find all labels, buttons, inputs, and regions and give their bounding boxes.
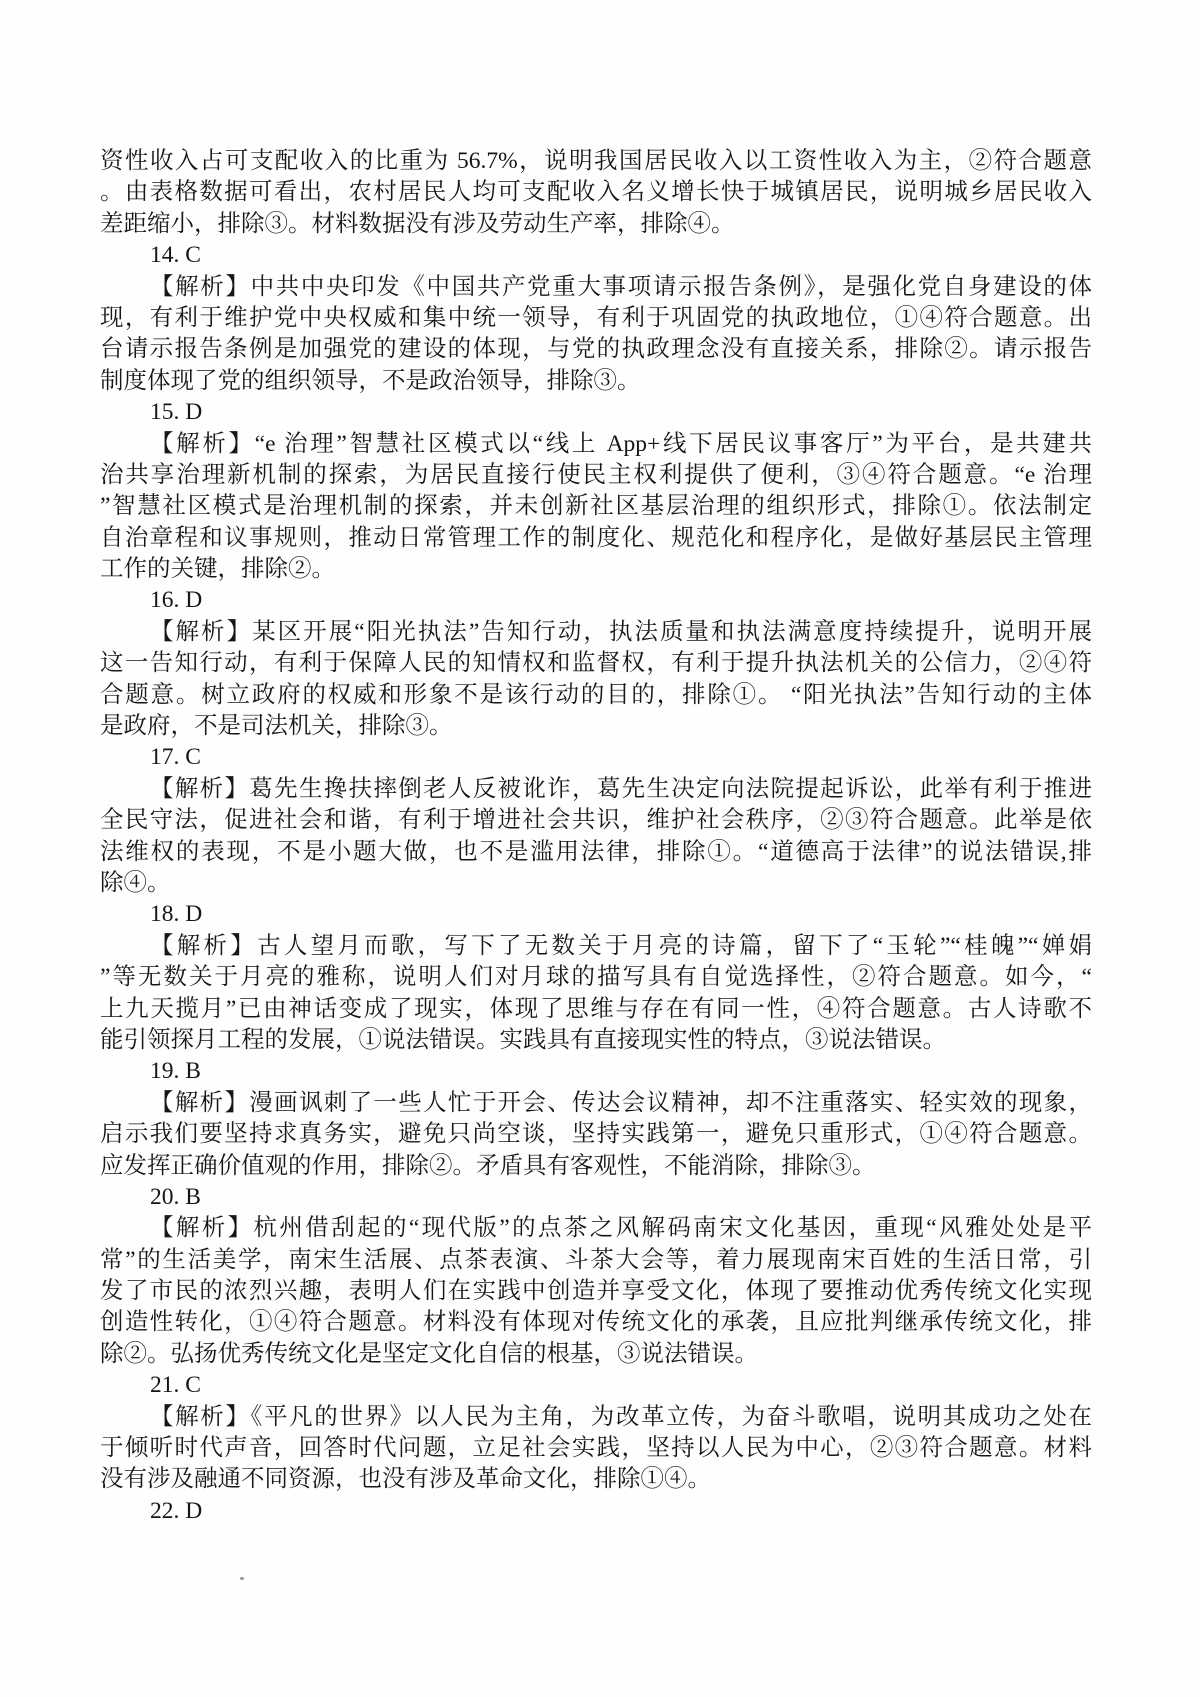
text-line: 15. D xyxy=(100,397,1092,428)
text-line: 除②。弘扬优秀传统文化是坚定文化自信的根基，③说法错误。 xyxy=(100,1339,1092,1370)
text-line: 19. B xyxy=(100,1056,1092,1087)
text-line: 【解析】古人望月而歌，写下了无数关于月亮的诗篇，留下了“玉轮”“桂魄”“婵娟 xyxy=(100,931,1092,962)
text-line: 应发挥正确价值观的作用，排除②。矛盾具有客观性，不能消除，排除③。 xyxy=(100,1151,1092,1182)
text-line: 20. B xyxy=(100,1182,1092,1213)
text-line: 于倾听时代声音，回答时代问题，立足社会实践，坚持以人民为中心，②③符合题意。材料 xyxy=(100,1433,1092,1464)
text-line: 治共享治理新机制的探索，为居民直接行使民主权利提供了便利，③④符合题意。“e 治… xyxy=(100,460,1092,491)
text-line: 22. D xyxy=(100,1496,1092,1527)
text-line: 除④。 xyxy=(100,868,1092,899)
text-line: 现，有利于维护党中央权威和集中统一领导，有利于巩固党的执政地位，①④符合题意。出 xyxy=(100,303,1092,334)
text-line: ”智慧社区模式是治理机制的探索，并未创新社区基层治理的组织形式，排除①。依法制定 xyxy=(100,491,1092,522)
text-line: 发了市民的浓烈兴趣，表明人们在实践中创造并享受文化，体现了要推动优秀传统文化实现 xyxy=(100,1276,1092,1307)
document-page: 资性收入占可支配收入的比重为 56.7%，说明我国居民收入以工资性收入为主，②符… xyxy=(0,0,1200,1697)
text-line: 【解析】杭州借刮起的“现代版”的点茶之风解码南宋文化基因，重现“风雅处处是平 xyxy=(100,1213,1092,1244)
text-line: 合题意。树立政府的权威和形象不是该行动的目的，排除①。 “阳光执法”告知行动的主… xyxy=(100,680,1092,711)
text-line: 【解析】中共中央印发《中国共产党重大事项请示报告条例》，是强化党自身建设的体 xyxy=(100,272,1092,303)
text-line: 16. D xyxy=(100,585,1092,616)
text-line: 这一告知行动，有利于保障人民的知情权和监督权，有利于提升执法机关的公信力，②④符 xyxy=(100,648,1092,679)
text-line: 。由表格数据可看出，农村居民人均可支配收入名义增长快于城镇居民，说明城乡居民收入 xyxy=(100,177,1092,208)
text-line: 创造性转化，①④符合题意。材料没有体现对传统文化的承袭，且应批判继承传统文化，排 xyxy=(100,1307,1092,1338)
text-line: 没有涉及融通不同资源，也没有涉及革命文化，排除①④。 xyxy=(100,1464,1092,1495)
text-line: 【解析】某区开展“阳光执法”告知行动，执法质量和执法满意度持续提升，说明开展 xyxy=(100,617,1092,648)
text-line: ”等无数关于月亮的雅称，说明人们对月球的描写具有自觉选择性，②符合题意。如今，“ xyxy=(100,962,1092,993)
text-line: 工作的关键，排除②。 xyxy=(100,554,1092,585)
text-line: 上九天揽月”已由神话变成了现实，体现了思维与存在有同一性，④符合题意。古人诗歌不 xyxy=(100,994,1092,1025)
text-line: 18. D xyxy=(100,899,1092,930)
answer-key-text-block: 资性收入占可支配收入的比重为 56.7%，说明我国居民收入以工资性收入为主，②符… xyxy=(100,146,1092,1527)
text-line: 资性收入占可支配收入的比重为 56.7%，说明我国居民收入以工资性收入为主，②符… xyxy=(100,146,1092,177)
text-line: 【解析】“e 治理”智慧社区模式以“线上 App+线下居民议事客厅”为平台，是共… xyxy=(100,429,1092,460)
text-line: 启示我们要坚持求真务实，避免只尚空谈，坚持实践第一，避免只重形式，①④符合题意。 xyxy=(100,1119,1092,1150)
text-line: 【解析】葛先生搀扶摔倒老人反被讹诈，葛先生决定向法院提起诉讼，此举有利于推进 xyxy=(100,774,1092,805)
text-line: 全民守法，促进社会和谐，有利于增进社会共识，维护社会秩序，②③符合题意。此举是依 xyxy=(100,805,1092,836)
scan-speck-artifact xyxy=(240,1577,244,1580)
text-line: 14. C xyxy=(100,240,1092,271)
text-line: 法维权的表现，不是小题大做，也不是滥用法律，排除①。“道德高于法律”的说法错误,… xyxy=(100,837,1092,868)
text-line: 17. C xyxy=(100,742,1092,773)
text-line: 台请示报告条例是加强党的建设的体现，与党的执政理念没有直接关系，排除②。请示报告 xyxy=(100,334,1092,365)
text-line: 常”的生活美学，南宋生活展、点茶表演、斗茶大会等，着力展现南宋百姓的生活日常，引 xyxy=(100,1245,1092,1276)
text-line: 【解析】《平凡的世界》以人民为主角，为改革立传，为奋斗歌唱，说明其成功之处在 xyxy=(100,1402,1092,1433)
text-line: 21. C xyxy=(100,1370,1092,1401)
text-line: 是政府，不是司法机关，排除③。 xyxy=(100,711,1092,742)
text-line: 【解析】漫画讽刺了一些人忙于开会、传达会议精神，却不注重落实、轻实效的现象， xyxy=(100,1088,1092,1119)
text-line: 自治章程和议事规则，推动日常管理工作的制度化、规范化和程序化，是做好基层民主管理 xyxy=(100,523,1092,554)
text-line: 制度体现了党的组织领导，不是政治领导，排除③。 xyxy=(100,366,1092,397)
text-line: 能引领探月工程的发展，①说法错误。实践具有直接现实性的特点，③说法错误。 xyxy=(100,1025,1092,1056)
text-line: 差距缩小，排除③。材料数据没有涉及劳动生产率，排除④。 xyxy=(100,209,1092,240)
